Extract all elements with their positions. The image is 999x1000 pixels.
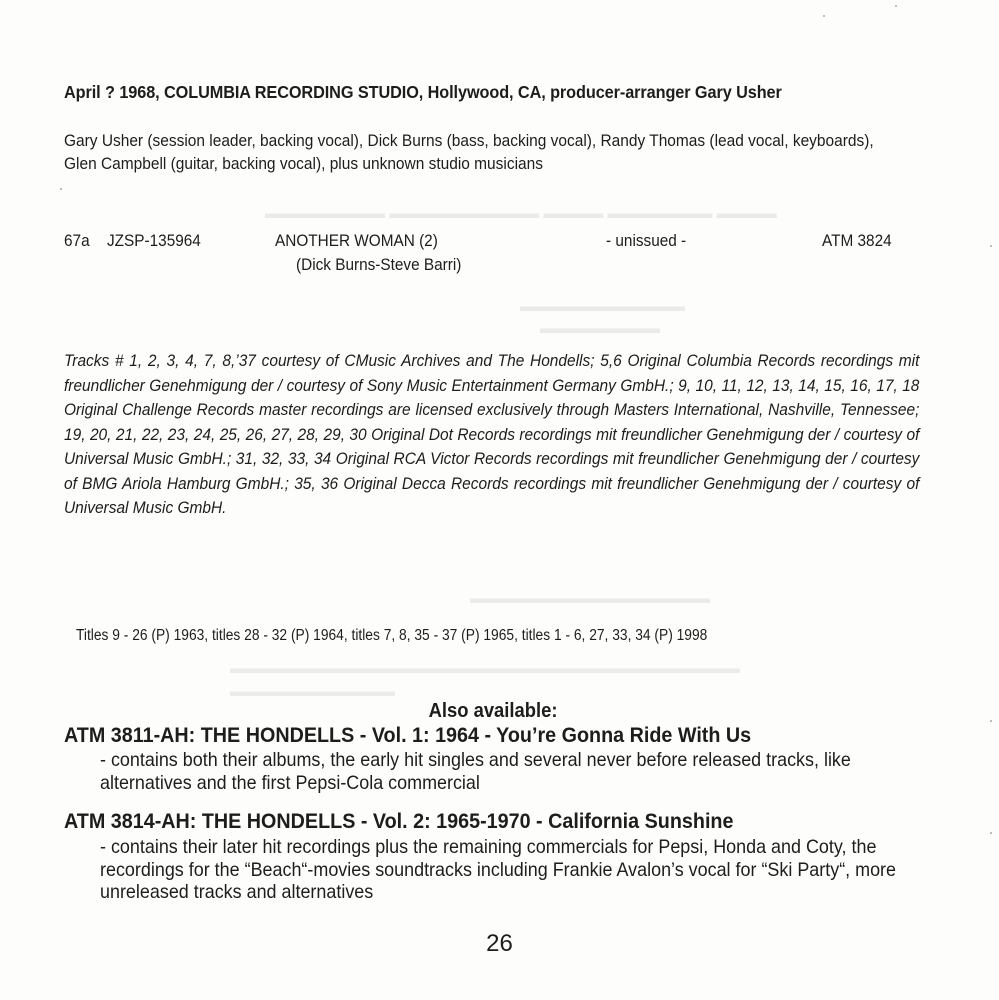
track-number: 67a (64, 232, 90, 251)
track-title: ANOTHER WOMAN (2) (275, 232, 438, 251)
booklet-page: ▬▬▬▬▬▬▬▬ ▬▬▬▬▬▬▬▬▬▬ ▬▬▬▬ ▬▬▬▬▬▬▬ ▬▬▬▬ ▬▬… (0, 0, 999, 1000)
session-personnel: Gary Usher (session leader, backing voca… (64, 130, 901, 175)
phonogram-line: Titles 9 - 26 (P) 1963, titles 28 - 32 (… (76, 627, 707, 645)
show-through-text: ▬▬▬▬▬▬▬▬▬▬▬ (520, 298, 685, 315)
track-catalog: ATM 3824 (822, 232, 892, 251)
album-title: ATM 3814-AH: THE HONDELLS - Vol. 2: 1965… (64, 810, 733, 834)
show-through-text: ▬▬▬▬▬▬▬▬▬▬▬ (230, 683, 395, 700)
track-matrix: JZSP-135964 (107, 232, 201, 251)
page-number: 26 (0, 930, 999, 958)
also-available-heading: Also available: (0, 700, 999, 723)
show-through-text: ▬▬▬▬▬▬▬▬▬▬▬▬▬▬▬▬ (470, 590, 710, 607)
paper-speck (823, 15, 825, 17)
also-available-heading-text: Also available: (429, 700, 558, 723)
show-through-text: ▬▬▬▬▬▬▬▬ ▬▬▬▬▬▬▬▬▬▬ ▬▬▬▬ ▬▬▬▬▬▬▬ ▬▬▬▬ (265, 205, 777, 222)
show-through-text: ▬▬▬▬▬▬▬▬▬▬▬▬▬▬▬▬▬▬▬▬▬▬▬▬▬▬▬▬▬▬▬▬▬▬ (230, 660, 740, 677)
paper-speck (990, 832, 992, 834)
session-heading: April ? 1968, COLUMBIA RECORDING STUDIO,… (64, 81, 882, 104)
track-release: - unissued - (606, 232, 686, 251)
track-writers: (Dick Burns-Steve Barri) (296, 256, 461, 275)
paper-speck (895, 5, 897, 7)
licensing-credits: Tracks # 1, 2, 3, 4, 7, 8,’37 courtesy o… (64, 349, 919, 521)
album-title: ATM 3811-AH: THE HONDELLS - Vol. 1: 1964… (64, 724, 751, 748)
album-description: - contains both their albums, the early … (100, 749, 928, 794)
paper-speck (990, 245, 992, 247)
paper-speck (60, 188, 62, 190)
show-through-text: ▬▬▬▬▬▬▬▬ (540, 320, 660, 337)
album-description: - contains their later hit recordings pl… (100, 836, 928, 904)
